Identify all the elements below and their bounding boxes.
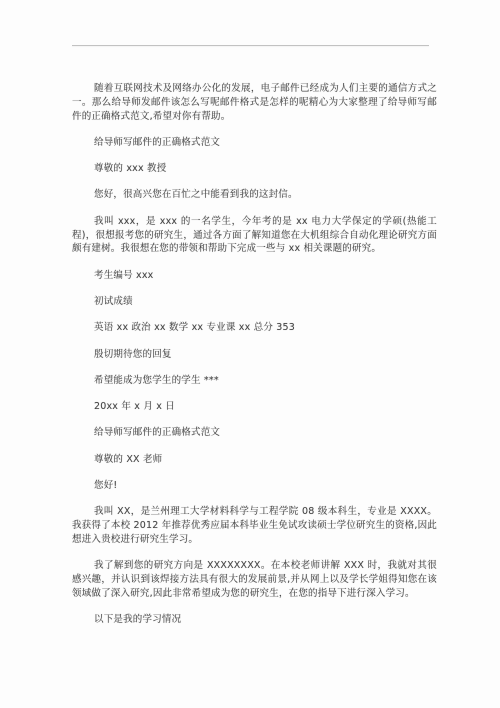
exam-id-line: 考生编号 xxx (72, 269, 437, 283)
closing-line: 以下是我的学习情况 (72, 613, 437, 627)
date-line: 20xx 年 x 月 x 日 (72, 400, 437, 414)
intro-paragraph: 随着互联网技术及网络办公化的发展，电子邮件已经成为人们主要的通信方式之一。那么给… (72, 82, 437, 123)
sign-off-line: 希望能成为您学生的学生 *** (72, 374, 437, 388)
top-divider (72, 45, 429, 46)
score-line: 英语 xx 政治 xx 数学 xx 专业课 xx 总分 353 (72, 321, 437, 335)
salutation-1: 尊敬的 xxx 教授 (72, 162, 437, 176)
greeting-1: 您好，很高兴您在百忙之中能看到我的这封信。 (72, 188, 437, 202)
body-paragraph-3: 我了解到您的研究方向是 XXXXXXXX。在本校老师讲解 XXX 时，我就对其很… (72, 559, 437, 600)
salutation-2: 尊敬的 XX 老师 (72, 453, 437, 467)
body-paragraph-2: 我叫 XX，是兰州理工大学材料科学与工程学院 08 级本科生，专业是 XXXX。… (72, 505, 437, 546)
body-paragraph-1: 我叫 xxx，是 xxx 的一名学生，今年考的是 xx 电力大学保定的学硕(热能… (72, 215, 437, 256)
reply-expectation-line: 殷切期待您的回复 (72, 348, 437, 362)
document-body: 随着互联网技术及网络办公化的发展，电子邮件已经成为人们主要的通信方式之一。那么给… (72, 82, 437, 639)
score-heading: 初试成绩 (72, 295, 437, 309)
greeting-2: 您好! (72, 479, 437, 493)
document-page: 随着互联网技术及网络办公化的发展，电子邮件已经成为人们主要的通信方式之一。那么给… (0, 0, 500, 708)
section-title-2: 给导师写邮件的正确格式范文 (72, 426, 437, 440)
section-title-1: 给导师写邮件的正确格式范文 (72, 136, 437, 150)
